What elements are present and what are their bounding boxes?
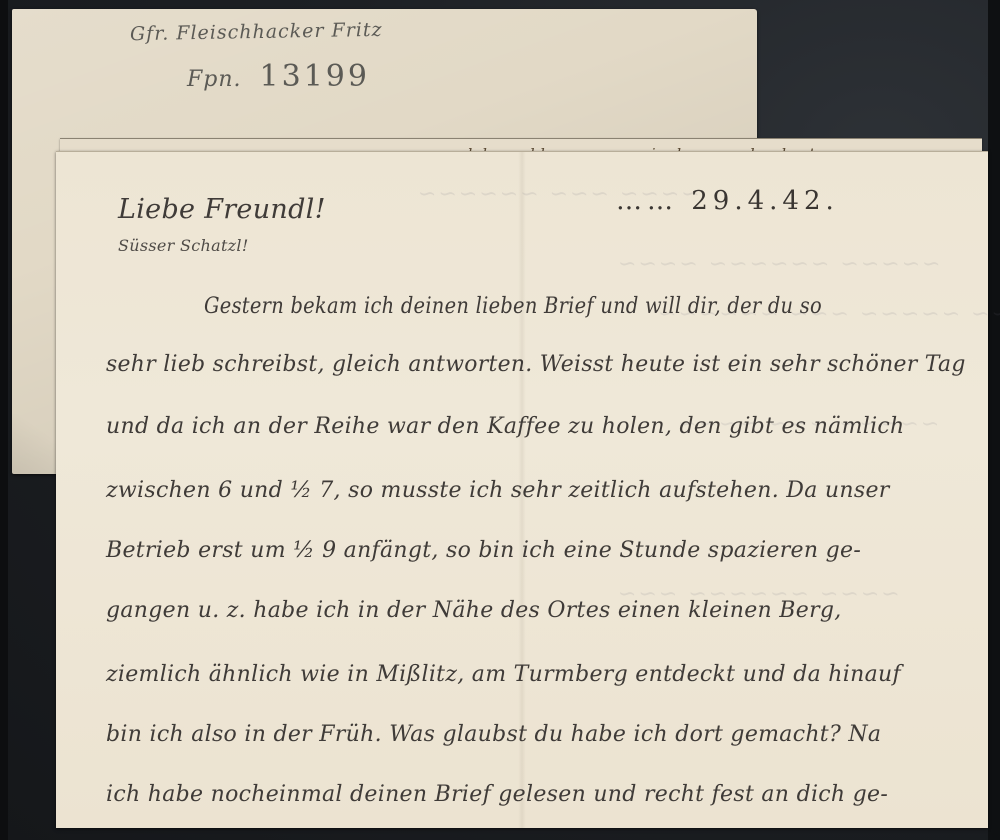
bleed-through-text: ~~~~~ ~~~~~~ ~~~~ [616,252,941,277]
envelope-fieldpost: Fpn.13199 [187,59,370,94]
scanner-edge-right [988,0,1000,840]
fieldpost-label: Fpn. [187,67,242,92]
letter-line: ich habe nocheinmal deinen Brief gelesen… [106,782,966,807]
fieldpost-number: 13199 [260,59,370,94]
letter-line: sehr lieb schreibst, gleich antworten. W… [106,352,962,377]
letter-line: Betrieb erst um ½ 9 anfängt, so bin ich … [106,538,966,563]
letter-line: ziemlich ähnlich wie in Mißlitz, am Turm… [106,662,966,687]
letter-line: Gestern bekam ich deinen lieben Brief un… [204,294,964,319]
letter-date: …… 29.4.42. [616,186,839,216]
letter-salutation-secondary: Süsser Schatzl! [118,236,249,255]
letter-line: bin ich also in der Früh. Was glaubst du… [106,722,966,747]
scanner-edge-left [0,0,8,840]
letter-salutation: Liebe Freundl! [118,194,326,225]
envelope-sender-name: Gfr. Fleischhacker Fritz [130,19,383,45]
letter-line: zwischen 6 und ½ 7, so musste ich sehr z… [106,478,966,503]
letter-line: und da ich an der Reihe war den Kaffee z… [106,414,966,439]
letter-page: ~~~~ ~~~ ~~~~~~ ~~~~~ ~~~~~~ ~~~~ ~~~ ~~… [56,151,988,828]
letter-line: gangen u. z. habe ich in der Nähe des Or… [106,598,966,623]
